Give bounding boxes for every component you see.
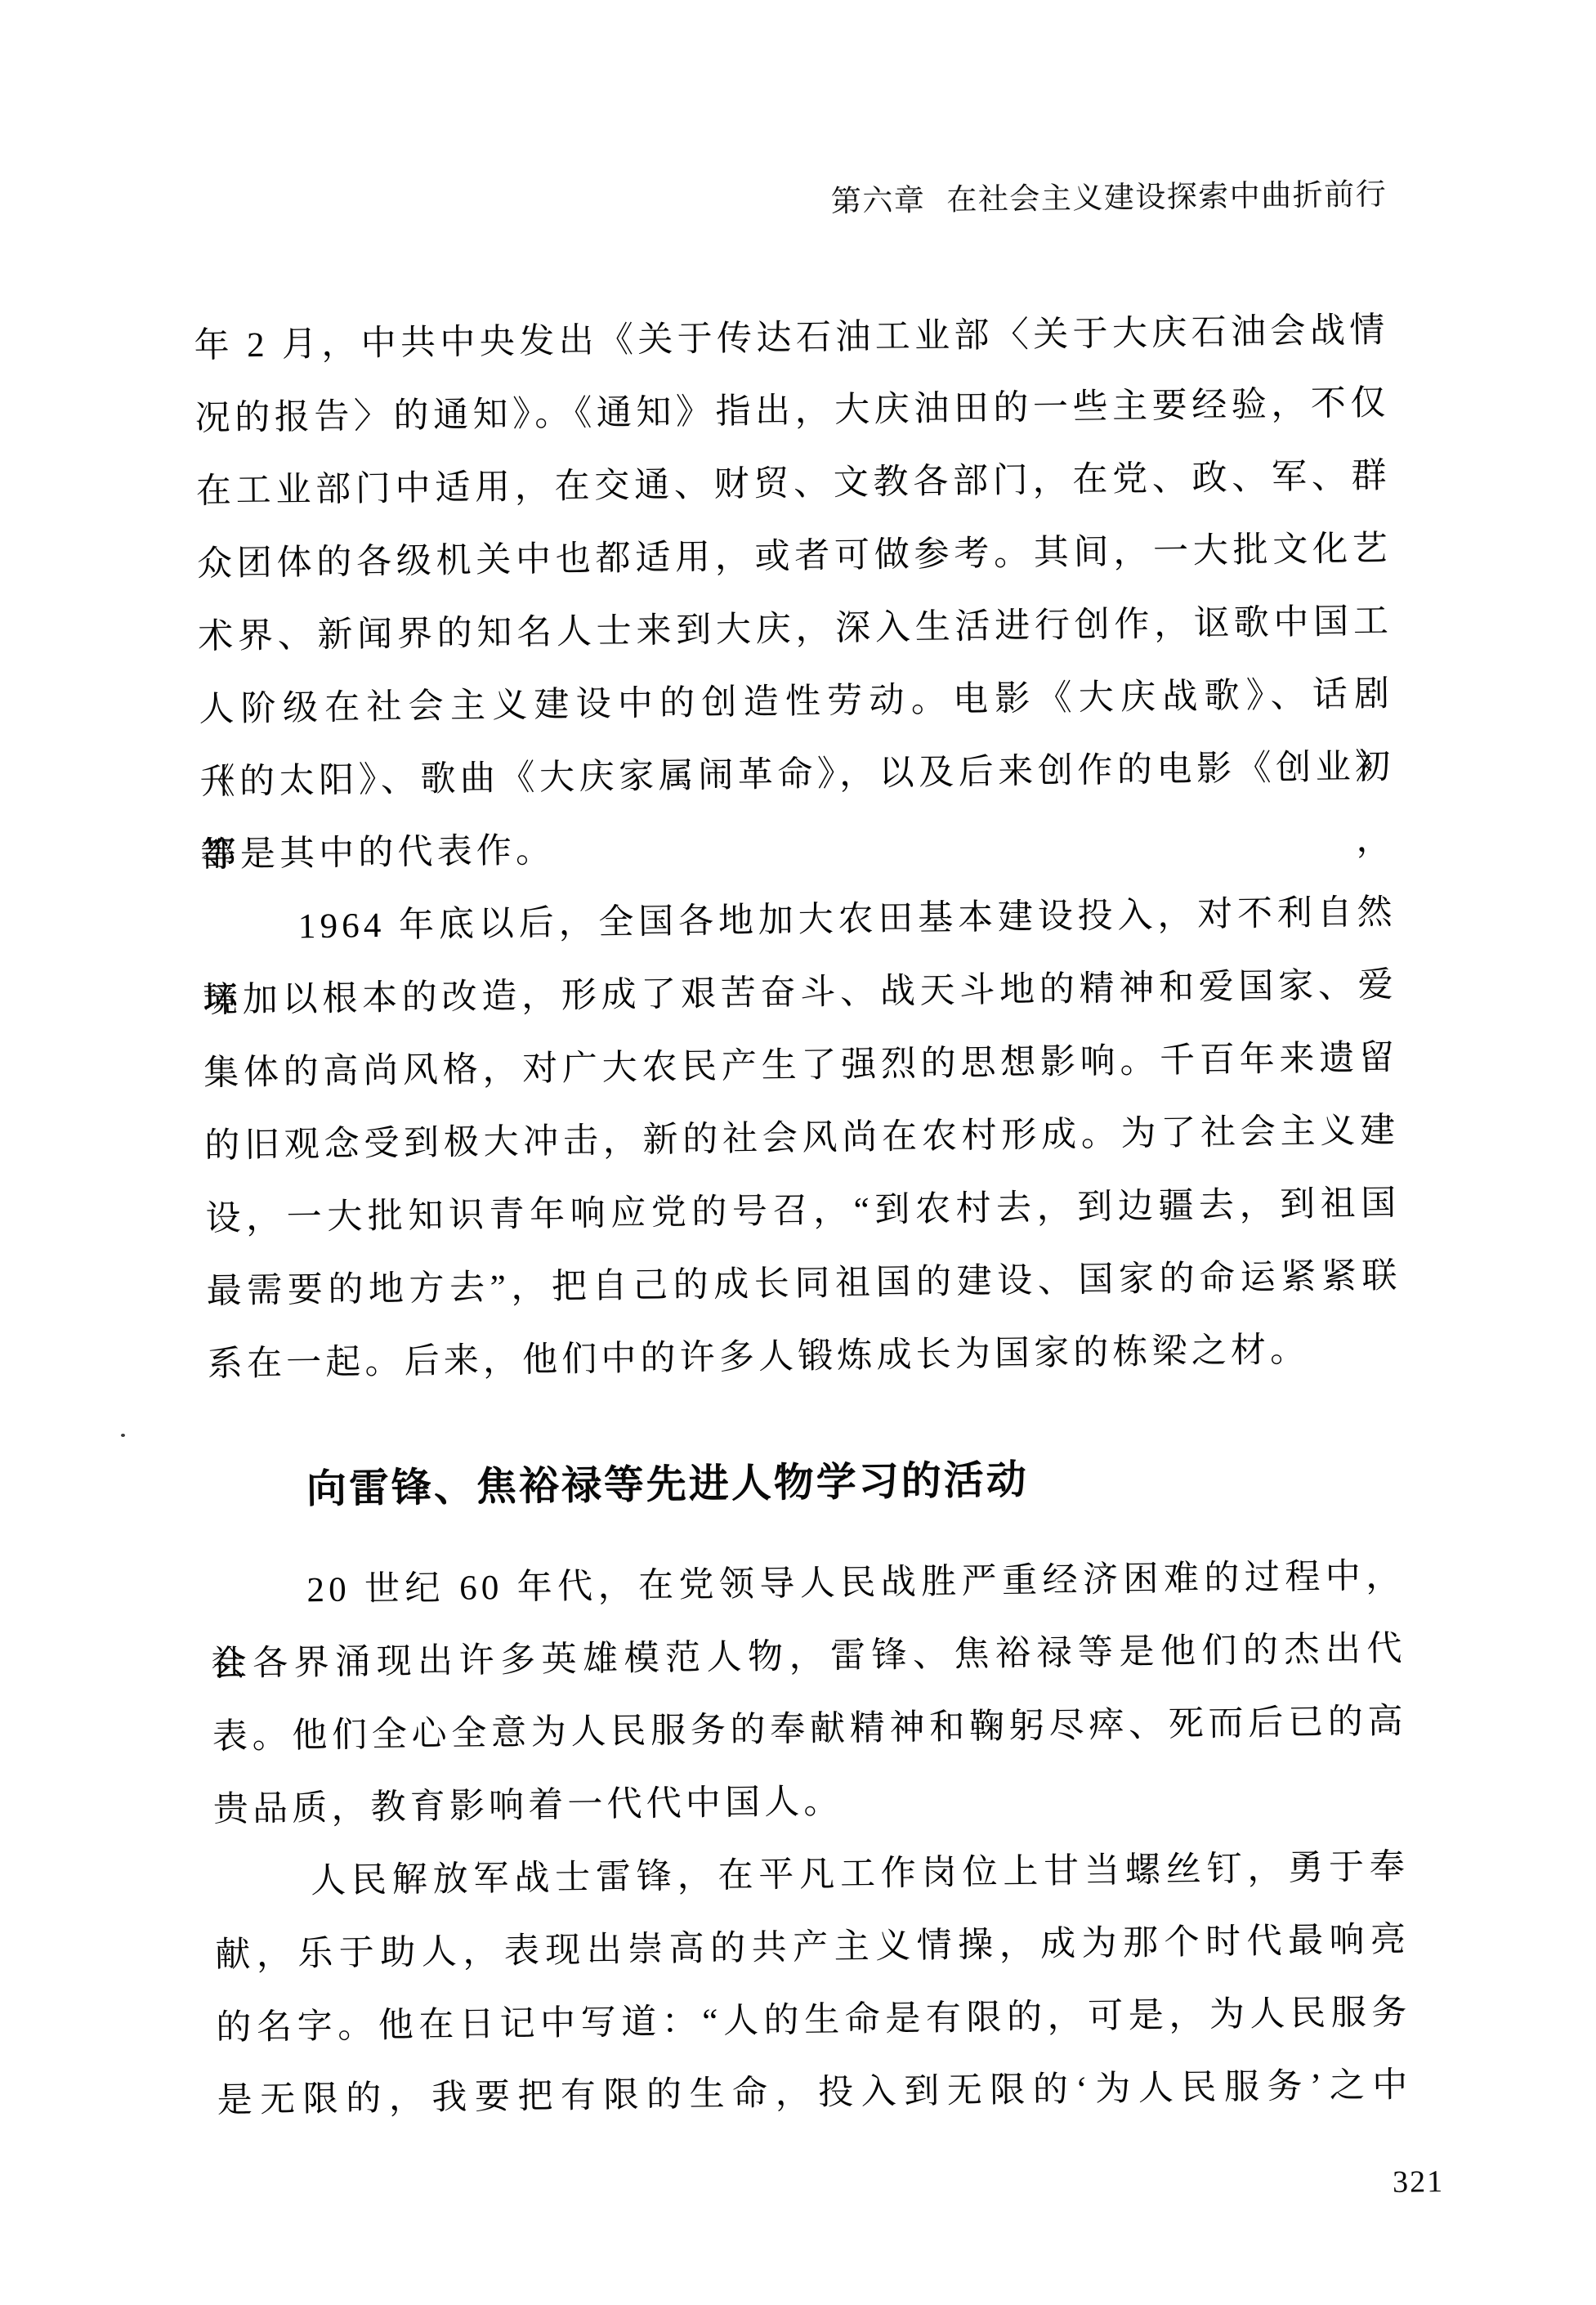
text-column: 年 2 月，中共中央发出《关于传达石油工业部〈关于大庆石油会战情 况的报告〉的通… (194, 294, 1412, 2137)
paragraph-1: 年 2 月，中共中央发出《关于传达石油工业部〈关于大庆石油会战情 况的报告〉的通… (194, 294, 1396, 892)
scanned-content: 第六章在社会主义建设探索中曲折前行 年 2 月，中共中央发出《关于传达石油工业部… (0, 0, 1596, 2305)
running-head: 第六章在社会主义建设探索中曲折前行 (192, 178, 1387, 226)
text-line: 升的太阳》、歌曲《大庆家属闹革命》，以及后来创作的电影《创业》等， (199, 731, 1395, 819)
text-line: 是无限的，我要把有限的生命，投入到无限的‘为人民服务’之中 (217, 2049, 1412, 2137)
text-line: 系在一起。后来，他们中的许多人锻炼成长为国家的栋梁之材。 (207, 1313, 1402, 1401)
section-heading: 向雷锋、焦裕禄等先进人物学习的活动 (208, 1439, 1404, 1528)
page-number: 321 (218, 2165, 1444, 2214)
book-page: 第六章在社会主义建设探索中曲折前行 年 2 月，中共中央发出《关于传达石油工业部… (0, 0, 1596, 2305)
paragraph-2: 1964 年底以后，全国各地加大农田基本建设投入，对不利自然环 境加以根本的改造… (201, 876, 1402, 1401)
paragraph-4: 人民解放军战士雷锋，在平凡工作岗位上甘当螺丝钉，勇于奉 献，乐于助人，表现出崇高… (214, 1831, 1413, 2137)
chapter-number: 第六章 (831, 183, 926, 218)
paragraph-3: 20 世纪 60 年代，在党领导人民战胜严重经济困难的过程中，社 会各界涌现出许… (210, 1540, 1409, 1846)
chapter-title: 在社会主义建设探索中曲折前行 (946, 177, 1387, 217)
